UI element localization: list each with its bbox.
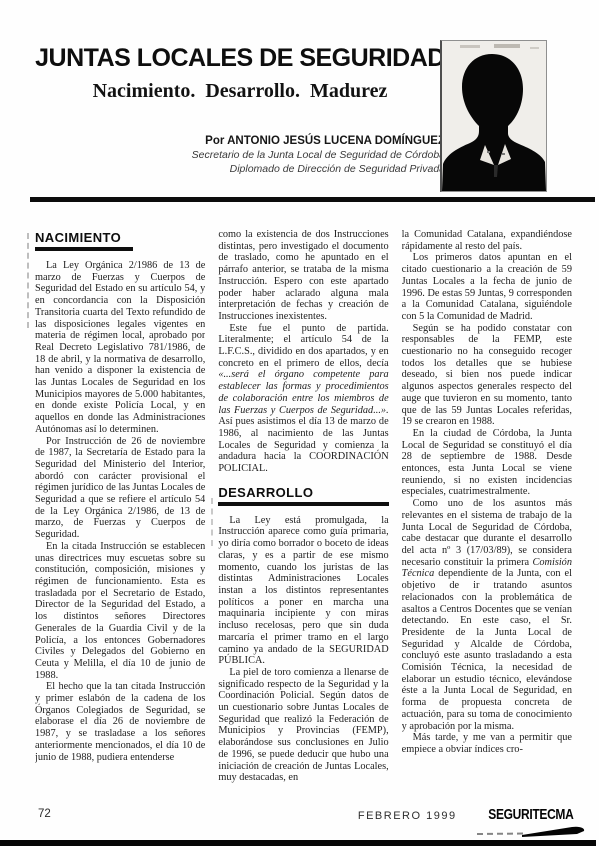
text-run: En la ciudad de Córdoba, la Junta Local … [402,428,572,498]
text-run: La Ley Orgánica 2/1986 de 13 de marzo de… [35,260,205,435]
byline-block: Por ANTONIO JESÚS LUCENA DOMÍNGUEZ Secre… [35,134,445,176]
paragraph: El hecho que la tan citada Instrucción y… [35,681,205,763]
paragraph: Por Instrucción de 26 de noviembre de 19… [35,436,205,541]
text-run: Según se ha podido constatar con respons… [402,323,572,428]
text-run: El hecho que la tan citada Instrucción y… [35,681,205,762]
article-body: NACIMIENTOLa Ley Orgánica 2/1986 de 13 d… [35,229,572,814]
author-silhouette-icon [442,41,546,191]
paragraph: Más tarde, y me van a permitir que empie… [402,732,572,755]
text-run: La Ley está promulgada, la Instrucción a… [218,515,388,666]
paragraph: la Comunidad Catalana, expandiéndose ráp… [402,229,572,252]
scan-artifact-left-margin [27,233,29,328]
paragraph: como la existencia de dos Instrucciones … [218,229,388,323]
paragraph: Los primeros datos apuntan en el citado … [402,252,572,322]
text-run: dependiente de la Junta, con el objetivo… [402,568,572,731]
paragraph: Según se ha podido constatar con respons… [402,323,572,428]
text-run: Por Instrucción de 26 de noviembre de 19… [35,436,205,541]
article-column-2: como la existencia de dos Instrucciones … [218,229,388,814]
author-byline: Por ANTONIO JESÚS LUCENA DOMÍNGUEZ [35,134,445,149]
text-run: la Comunidad Catalana, expandiéndose ráp… [402,229,572,252]
author-photo [440,40,547,192]
text-run: Más tarde, y me van a permitir que empie… [402,732,572,755]
header-divider-rule [30,197,595,202]
paragraph: La piel de toro comienza a llenarse de s… [218,667,388,784]
paragraph: En la ciudad de Córdoba, la Junta Local … [402,428,572,498]
page-number: 72 [38,808,51,820]
section-heading: NACIMIENTO [35,230,133,251]
article-title: JUNTAS LOCALES DE SEGURIDAD [35,44,445,73]
text-run: como la existencia de dos Instrucciones … [218,229,388,322]
paragraph: En la citada Instrucción se establecen u… [35,541,205,681]
footer-bar [0,840,596,846]
text-run: Este fue el punto de partida. Literalmen… [218,323,388,369]
text-run: Así pues asistimos el día 13 de marzo de… [218,416,388,474]
paragraph: La Ley Orgánica 2/1986 de 13 de marzo de… [35,260,205,436]
paragraph: La Ley está promulgada, la Instrucción a… [218,515,388,667]
author-role-1: Secretario de la Junta Local de Segurida… [35,149,445,163]
footer-date: FEBRERO 1999 [358,810,457,822]
footer-swoosh-icon [477,826,587,838]
author-role-2: Diplomado de Dirección de Seguridad Priv… [35,163,445,177]
footer-right: FEBRERO 1999 SEGURITECMA [358,806,573,823]
article-subtitle: Nacimiento. Desarrollo. Madurez [35,78,445,104]
text-run: Los primeros datos apuntan en el citado … [402,252,572,322]
paragraph: Este fue el punto de partida. Literalmen… [218,323,388,475]
section-heading: DESARROLLO [218,485,388,506]
magazine-page: JUNTAS LOCALES DE SEGURIDAD Nacimiento. … [0,0,599,846]
article-column-3: la Comunidad Catalana, expandiéndose ráp… [402,229,572,814]
article-header: JUNTAS LOCALES DE SEGURIDAD Nacimiento. … [35,44,445,176]
text-run: La piel de toro comienza a llenarse de s… [218,667,388,783]
magazine-logo: SEGURITECMA [488,806,573,823]
article-column-1: NACIMIENTOLa Ley Orgánica 2/1986 de 13 d… [35,229,205,814]
paragraph: Como uno de los asuntos más relevantes e… [402,498,572,732]
text-run: En la citada Instrucción se establecen u… [35,541,205,681]
scan-artifact-column-gutter [211,498,213,546]
text-run: «...será el órgano competente para estab… [218,369,388,415]
